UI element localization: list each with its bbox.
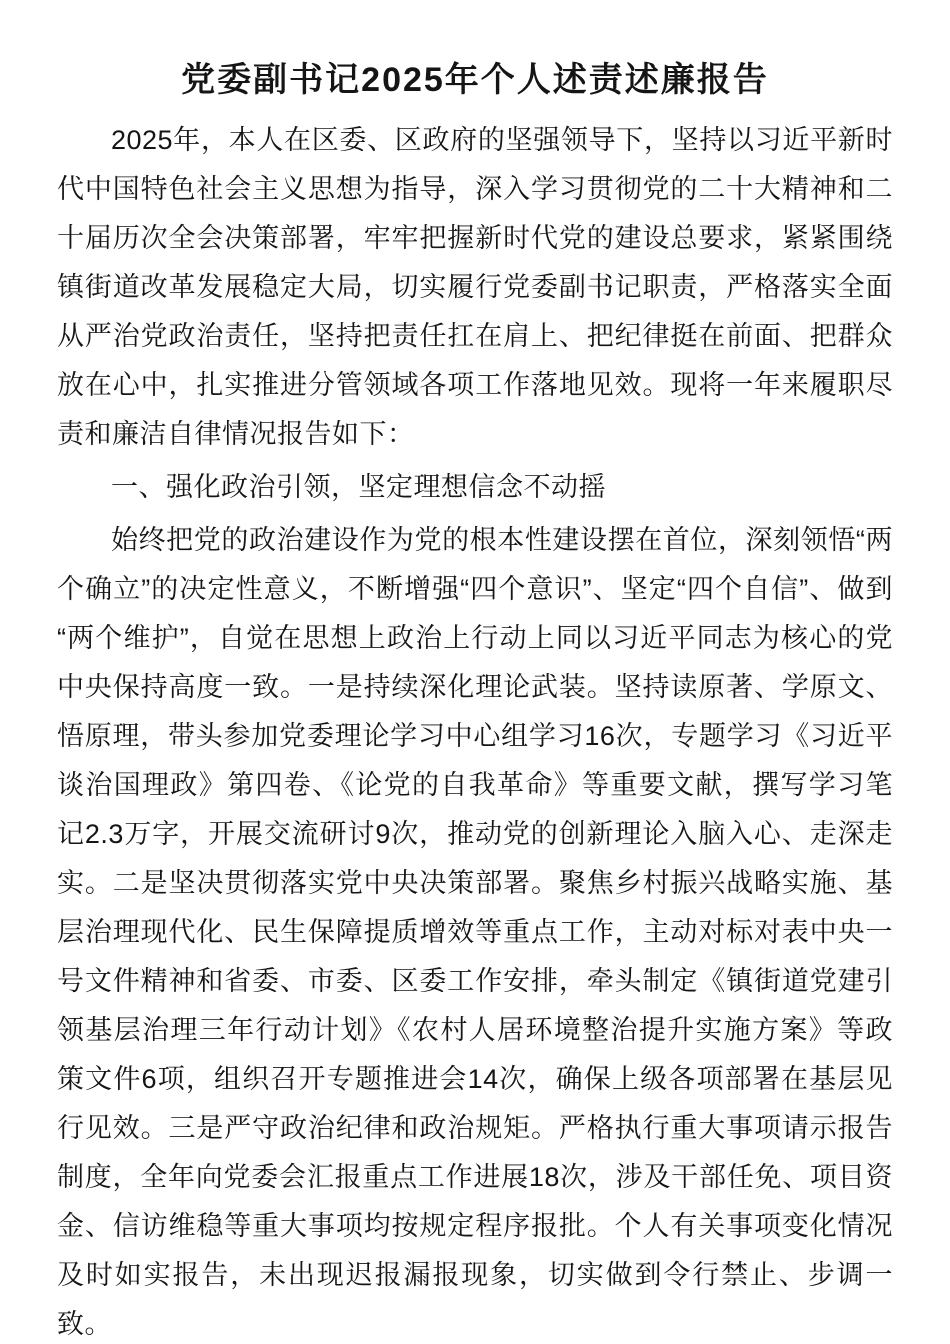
document-page: 党委副书记2025年个人述责述廉报告 2025年，本人在区委、区政府的坚强领导下…	[0, 0, 950, 1344]
section-1-paragraph: 始终把党的政治建设作为党的根本性建设摆在首位，深刻领悟“两个确立”的决定性意义，…	[57, 516, 893, 1344]
intro-paragraph: 2025年，本人在区委、区政府的坚强领导下，坚持以习近平新时代中国特色社会主义思…	[57, 116, 893, 459]
document-title: 党委副书记2025年个人述责述廉报告	[57, 52, 893, 108]
section-1-heading: 一、强化政治引领，坚定理想信念不动摇	[57, 463, 893, 512]
